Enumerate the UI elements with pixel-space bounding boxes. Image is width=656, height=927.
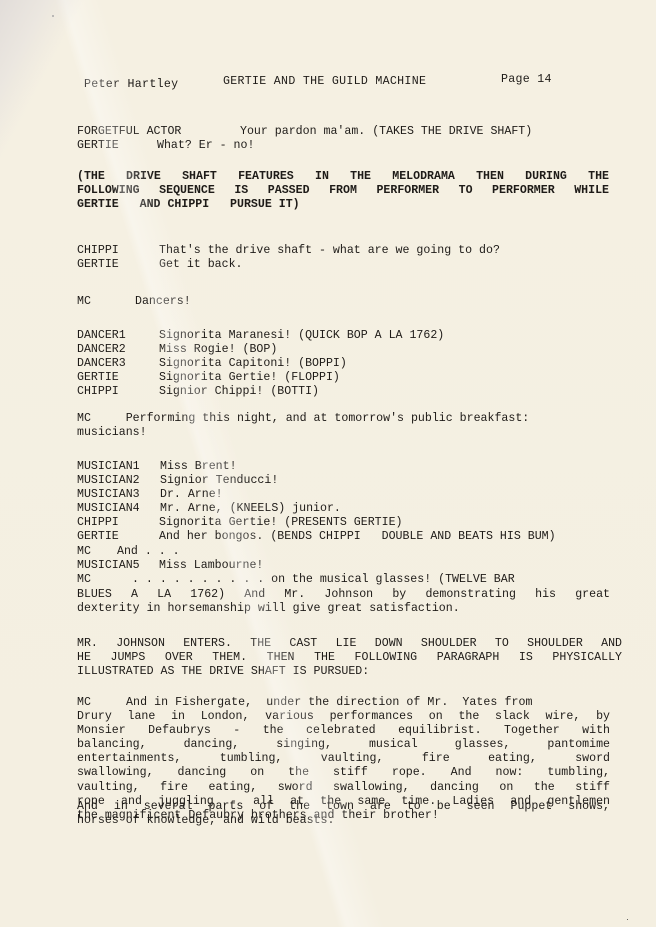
speaker-name: GERTIE — [77, 530, 159, 544]
dialogue-line: balancing, dancing, singing, musical gla… — [77, 738, 610, 752]
direction-line: MR. JOHNSON ENTERS. THE CAST LIE DOWN SH… — [77, 637, 622, 651]
direction-line: ILLUSTRATED AS THE DRIVE SHAFT IS PURSUE… — [77, 665, 622, 679]
speaker-name: CHIPPI — [77, 385, 159, 399]
direction-line: HE JUMPS OVER THEM. THEN THE FOLLOWING P… — [77, 651, 622, 665]
dialogue-line: vaulting, fire eating, sword swallowing,… — [77, 781, 610, 795]
dialogue-line: MCAnd . . . — [77, 545, 617, 559]
speaker-name: MUSICIAN3 — [77, 488, 160, 502]
dialogue-text: Dr. Arne! — [160, 488, 223, 502]
speaker-name: GERTIE — [77, 139, 157, 153]
dialogue-mc-dancers: MC Dancers! — [77, 295, 617, 309]
dialogue-text: Signorita Gertie! (PRESENTS GERTIE) — [159, 516, 403, 530]
dialogue-text: Get it back. — [159, 258, 243, 272]
dialogue-line: MUSICIAN1Miss Brent! — [77, 460, 637, 474]
dialogue-text: Dancers! — [135, 295, 191, 309]
dialogue-text: And her bongos. (BENDS CHIPPI DOUBLE AND… — [159, 530, 556, 544]
author-name: Peter Hartley — [84, 78, 178, 91]
dialogue-chippi-gertie: CHIPPI That's the drive shaft - what are… — [77, 244, 617, 272]
dialogue-line: FORGETFUL ACTOR Your pardon ma'am. (TAKE… — [77, 125, 617, 139]
dialogue-text: Miss Lambourne! — [159, 559, 263, 573]
dialogue-text: Miss Brent! — [160, 460, 237, 474]
speaker-name: MUSICIAN4 — [77, 502, 160, 516]
dialogue-line: DANCER3Signorita Capitoni! (BOPPI) — [77, 357, 617, 371]
speaker-name: DANCER3 — [77, 357, 159, 371]
dialogue-text: That's the drive shaft - what are we goi… — [159, 244, 500, 258]
dialogue-text: What? Er - no! — [157, 139, 254, 153]
dialogue-line: GERTIESignorita Gertie! (FLOPPI) — [77, 371, 617, 385]
stage-direction-johnson: MR. JOHNSON ENTERS. THE CAST LIE DOWN SH… — [77, 637, 622, 679]
dialogue-text: Signorita Gertie! (FLOPPI) — [159, 371, 340, 385]
dancers-list: DANCER1Signorita Maranesi! (QUICK BOP A … — [77, 329, 617, 399]
dialogue-line: MC And in Fishergate, under the directio… — [77, 696, 610, 710]
page-number: Page 14 — [501, 73, 552, 86]
dialogue-line: GERTIEAnd her bongos. (BENDS CHIPPI DOUB… — [77, 530, 637, 544]
speaker-name: FORGETFUL ACTOR — [77, 125, 240, 139]
dialogue-line: Monsier Defaubrys - the celebrated equil… — [77, 724, 610, 738]
dialogue-glasses-continued: BLUES A LA 1762) And Mr. Johnson by demo… — [77, 588, 610, 616]
speaker-name: GERTIE — [77, 258, 159, 272]
dialogue-line: MC. . . . . . . . . . on the musical gla… — [77, 573, 617, 587]
dialogue-line: CHIPPI That's the drive shaft - what are… — [77, 244, 617, 258]
dialogue-line: musicians! — [77, 426, 623, 440]
dialogue-text: . . . . . . . . . . on the musical glass… — [132, 573, 515, 587]
dialogue-line: CHIPPISignorita Gertie! (PRESENTS GERTIE… — [77, 516, 637, 530]
script-title: GERTIE AND THE GUILD MACHINE — [223, 75, 426, 88]
speaker-name: GERTIE — [77, 371, 159, 385]
dialogue-line: dexterity in horsemanship will give grea… — [77, 602, 610, 616]
dialogue-line: MC Performing this night, and at tomorro… — [77, 412, 623, 426]
dialogue-line: MUSICIAN5Miss Lambourne! — [77, 559, 617, 573]
dialogue-line: GERTIE Get it back. — [77, 258, 617, 272]
musicians-list: MUSICIAN1Miss Brent! MUSICIAN2Signior Te… — [77, 460, 637, 545]
dialogue-puppets: And in several parts of the town are to … — [77, 800, 610, 828]
ink-speck — [52, 15, 54, 17]
speaker-name: CHIPPI — [77, 516, 159, 530]
speaker-name: MUSICIAN1 — [77, 460, 160, 474]
dialogue-text: Signorita Maranesi! (QUICK BOP A LA 1762… — [159, 329, 444, 343]
speaker-name: MUSICIAN5 — [77, 559, 159, 573]
dialogue-mc-performing: MC Performing this night, and at tomorro… — [77, 412, 623, 440]
dialogue-line: DANCER1Signorita Maranesi! (QUICK BOP A … — [77, 329, 617, 343]
dialogue-text: Signior Tenducci! — [160, 474, 278, 488]
dialogue-text: Your pardon ma'am. (TAKES THE DRIVE SHAF… — [240, 125, 532, 139]
dialogue-line: MC Dancers! — [77, 295, 617, 309]
speaker-name: DANCER1 — [77, 329, 159, 343]
dialogue-forgetful-actor: FORGETFUL ACTOR Your pardon ma'am. (TAKE… — [77, 125, 617, 153]
dialogue-text: Signorita Capitoni! (BOPPI) — [159, 357, 347, 371]
speaker-name: MUSICIAN2 — [77, 474, 160, 488]
dialogue-text: And . . . — [117, 545, 180, 559]
speaker-name: MC — [77, 573, 132, 587]
dialogue-line: And in several parts of the town are to … — [77, 800, 610, 814]
dialogue-line: MUSICIAN3Dr. Arne! — [77, 488, 637, 502]
dialogue-text: Signior Chippi! (BOTTI) — [159, 385, 319, 399]
dialogue-line: MUSICIAN2Signior Tenducci! — [77, 474, 637, 488]
dialogue-line: entertainments, tumbling, vaulting, fire… — [77, 752, 610, 766]
dialogue-line: BLUES A LA 1762) And Mr. Johnson by demo… — [77, 588, 610, 602]
dialogue-line: horses of knowledge, and wild beasts. — [77, 814, 610, 828]
speaker-name: DANCER2 — [77, 343, 159, 357]
speaker-name: MC — [77, 545, 117, 559]
dialogue-line: Drury lane in London, various performanc… — [77, 710, 610, 724]
ink-speck — [627, 919, 628, 920]
dialogue-text: Mr. Arne, (KNEELS) junior. — [160, 502, 341, 516]
dialogue-text: Miss Rogie! (BOP) — [159, 343, 277, 357]
direction-line: GERTIE AND CHIPPI PURSUE IT) — [77, 198, 609, 212]
direction-line: FOLLOWING SEQUENCE IS PASSED FROM PERFOR… — [77, 184, 609, 198]
dialogue-line: CHIPPISignior Chippi! (BOTTI) — [77, 385, 617, 399]
dialogue-mc-and: MCAnd . . . MUSICIAN5Miss Lambourne! MC.… — [77, 545, 617, 587]
dialogue-line: DANCER2Miss Rogie! (BOP) — [77, 343, 617, 357]
dialogue-line: swallowing, dancing on the stiff rope. A… — [77, 766, 610, 780]
direction-line: (THE DRIVE SHAFT FEATURES IN THE MELODRA… — [77, 170, 609, 184]
speaker-name: MC — [77, 295, 135, 309]
stage-direction-drive-shaft: (THE DRIVE SHAFT FEATURES IN THE MELODRA… — [77, 170, 609, 212]
speaker-name: CHIPPI — [77, 244, 159, 258]
ink-speck — [364, 573, 366, 575]
dialogue-line: MUSICIAN4Mr. Arne, (KNEELS) junior. — [77, 502, 637, 516]
dialogue-line: GERTIE What? Er - no! — [77, 139, 617, 153]
